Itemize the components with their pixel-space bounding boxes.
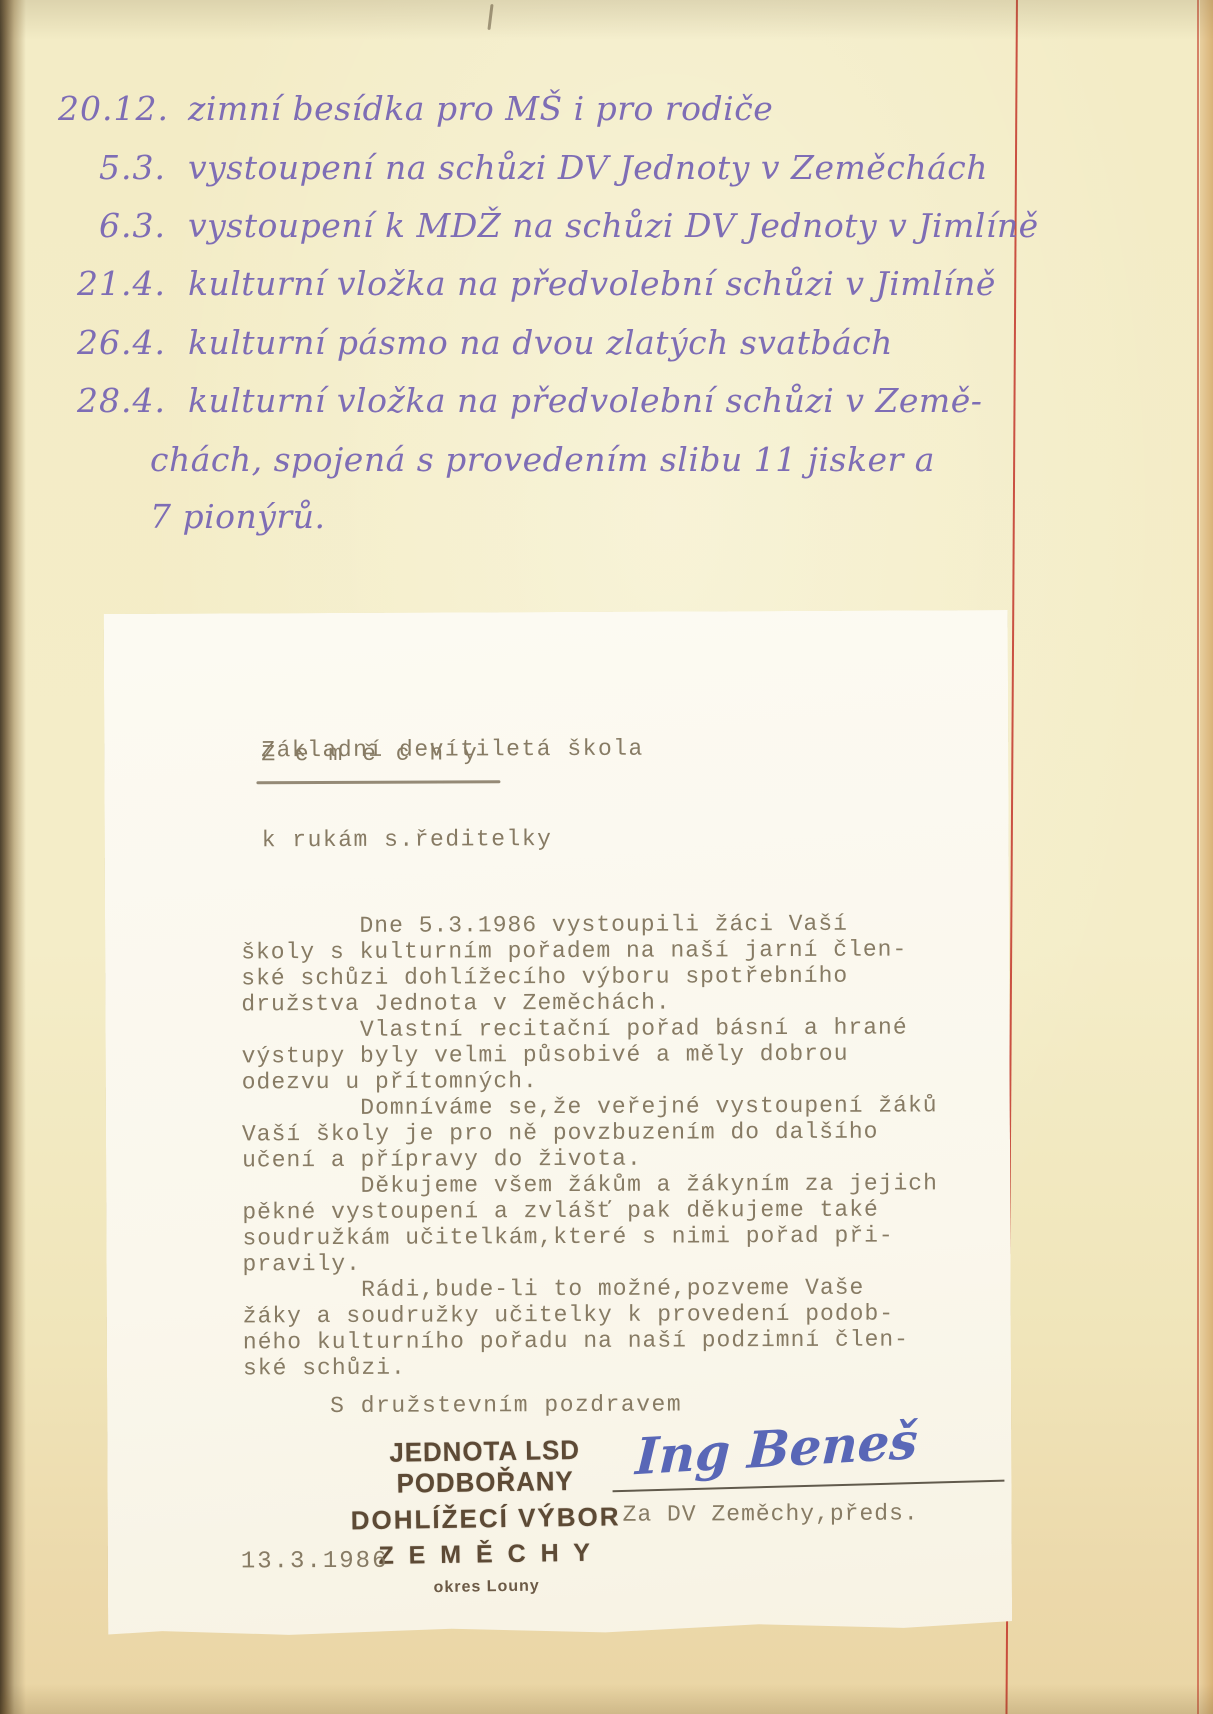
handwritten-entry: 20.12. zimní besídka pro MŠ i pro rodiče xyxy=(58,88,773,131)
entry-text: kulturní vložka na předvolební schůzi v … xyxy=(188,380,982,423)
right-page-rule xyxy=(1197,0,1199,1714)
body-line: Dne 5.3.1986 vystoupili žáci Vaší xyxy=(241,910,937,939)
body-line: ské schůzi dohlížecího výboru spotřebníh… xyxy=(241,962,937,991)
recipient-city: Z e m ě c h y xyxy=(261,740,480,767)
pen-tick-mark xyxy=(487,4,493,30)
handwritten-entry: 5.3. vystoupení na schůzi DV Jednoty v Z… xyxy=(58,147,988,190)
entry-date: 21.4. xyxy=(58,263,166,306)
entry-date: 26.4. xyxy=(58,322,166,365)
body-line: ské schůzi. xyxy=(243,1352,939,1381)
entry-text: vystoupení na schůzi DV Jednoty v Zeměch… xyxy=(188,147,988,190)
typed-letter-paper: Základní devítiletá škola k rukám s.ředi… xyxy=(104,610,1013,1676)
body-line: pravily. xyxy=(242,1248,938,1277)
handwritten-entry: 28.4. kulturní vložka na předvolební sch… xyxy=(58,380,982,423)
body-line: Rádi,bude-li to možné,pozveme Vaše xyxy=(243,1274,939,1303)
top-shadow xyxy=(0,0,1213,40)
recipient-block: Základní devítiletá škola k rukám s.ředi… xyxy=(261,674,645,916)
stamp-line-organization: JEDNOTA LSD PODBOŘANY xyxy=(340,1434,629,1500)
body-line: Děkujeme všem žákům a žákyním za jejich xyxy=(242,1170,938,1199)
entry-date: 28.4. xyxy=(58,380,166,423)
entry-text: kulturní pásmo na dvou zlatých svatbách xyxy=(188,322,893,365)
body-line: Domníváme se,že veřejné vystoupení žáků xyxy=(242,1092,938,1121)
body-line: Vaší školy je pro ně povzbuzením do dalš… xyxy=(242,1118,938,1147)
book-binding-edge xyxy=(0,0,26,1714)
handwritten-entry: 26.4. kulturní pásmo na dvou zlatých sva… xyxy=(58,322,893,365)
closing-salutation: S družstevním pozdravem xyxy=(330,1391,682,1419)
body-line: Vlastní recitační pořad básní a hrané xyxy=(241,1014,937,1043)
handwritten-continuation-line: 7 pionýrů. xyxy=(150,497,325,536)
body-line: učení a přípravy do života. xyxy=(242,1144,938,1173)
body-line: soudružkám učitelkám,které s nimi pořad … xyxy=(242,1222,938,1251)
body-line: odezvu u přítomných. xyxy=(242,1066,938,1095)
letter-date: 13.3.1986 xyxy=(241,1548,389,1576)
right-page-edge-strip xyxy=(1200,0,1213,1714)
chronicle-page: 20.12. zimní besídka pro MŠ i pro rodiče… xyxy=(0,0,1213,1714)
body-line: ného kulturního pořadu na naší podzimní … xyxy=(243,1326,939,1355)
entry-text: vystoupení k MDŽ na schůzi DV Jednoty v … xyxy=(188,205,1039,248)
handwritten-signature: Ing Beneš xyxy=(634,1411,919,1486)
body-line: školy s kulturním pořadem na naší jarní … xyxy=(241,936,937,965)
entry-text: kulturní vložka na předvolební schůzi v … xyxy=(188,263,996,306)
letter-body: Dne 5.3.1986 vystoupili žáci Vaší školy … xyxy=(241,910,939,1381)
stamp-line-district: okres Louny xyxy=(337,1576,637,1598)
bottom-shadow xyxy=(0,1684,1213,1714)
signature-caption: Za DV Zeměchy,předs. xyxy=(623,1500,919,1527)
handwritten-entry: 6.3. vystoupení k MDŽ na schůzi DV Jedno… xyxy=(58,205,1039,248)
body-line: žáky a soudružky učitelky k provedení po… xyxy=(243,1300,939,1329)
entry-date: 6.3. xyxy=(58,205,166,248)
body-line: pěkné vystoupení a zvlášť pak děkujeme t… xyxy=(242,1196,938,1225)
handwritten-continuation-line: chách, spojená s provedením slibu 11 jis… xyxy=(150,440,935,479)
entry-date: 5.3. xyxy=(58,147,166,190)
entry-date: 20.12. xyxy=(58,88,166,131)
entry-text: zimní besídka pro MŠ i pro rodiče xyxy=(188,88,773,131)
handwritten-entry: 21.4. kulturní vložka na předvolební sch… xyxy=(58,263,996,306)
recipient-line: k rukám s.ředitelky xyxy=(262,824,645,856)
stamp-line-committee: DOHLÍŽECÍ VÝBOR xyxy=(335,1501,635,1536)
body-line: družstva Jednota v Zeměchách. xyxy=(241,988,937,1017)
body-line: výstupy byly velmi působivé a měly dobro… xyxy=(242,1040,938,1069)
